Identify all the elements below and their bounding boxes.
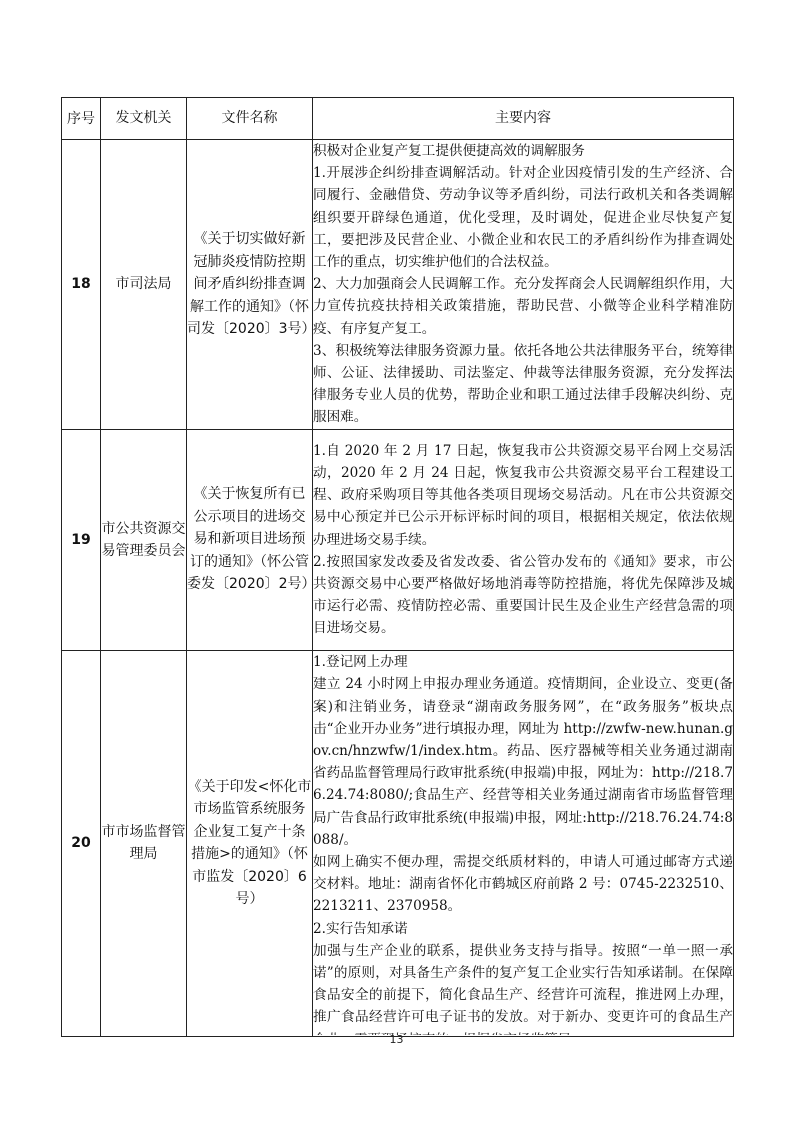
document-page: 序号 发文机关 文件名称 主要内容 18 市司法局 《关于切实做好新冠肺炎疫情防… (0, 0, 793, 1122)
table-row: 20 市市场监督管理局 《关于印发<怀化市市场监管系统服务企业复工复产十条措施>… (62, 650, 734, 1036)
header-issuer: 发文机关 (101, 98, 187, 140)
content-paragraph: 1.自 2020 年 2 月 17 日起，恢复我市公共资源交易平台网上交易活动，… (313, 440, 733, 551)
header-content: 主要内容 (313, 98, 734, 140)
content-paragraph: 1.开展涉企纠纷排查调解活动。针对企业因疫情引发的生产经济、合同履行、金融借贷、… (313, 162, 733, 273)
content-paragraph: 1.登记网上办理 (313, 651, 733, 673)
row-issuer: 市公共资源交易管理委员会 (101, 429, 187, 650)
content-paragraph: 2.按照国家发改委及省发改委、省公管办发布的《通知》要求，市公共资源交易中心要严… (313, 551, 733, 640)
row-issuer: 市司法局 (101, 140, 187, 430)
row-content: 1.自 2020 年 2 月 17 日起，恢复我市公共资源交易平台网上交易活动，… (313, 429, 734, 650)
policy-table: 序号 发文机关 文件名称 主要内容 18 市司法局 《关于切实做好新冠肺炎疫情防… (61, 97, 734, 1037)
content-paragraph: 建立 24 小时网上申报办理业务通道。疫情期间，企业设立、变更(备案)和注销业务… (313, 673, 733, 851)
row-doc-title: 《关于切实做好新冠肺炎疫情防控期间矛盾纠纷排查调解工作的通知》（怀司发〔2020… (187, 140, 313, 430)
row-content: 1.登记网上办理 建立 24 小时网上申报办理业务通道。疫情期间，企业设立、变更… (313, 650, 734, 1036)
row-seq: 19 (62, 429, 101, 650)
row-seq: 18 (62, 140, 101, 430)
row-doc-title: 《关于印发<怀化市市场监管系统服务企业复工复产十条措施>的通知》（怀市监发〔20… (187, 650, 313, 1036)
content-paragraph: 加强与生产企业的联系，提供业务支持与指导。按照“一单一照一承诺”的原则，对具备生… (313, 940, 733, 1035)
content-paragraph: 如网上确实不便办理，需提交纸质材料的，申请人可通过邮寄方式递交材料。地址：湖南省… (313, 851, 733, 918)
content-paragraph: 2.实行告知承诺 (313, 918, 733, 940)
content-paragraph: 2、大力加强商会人民调解工作。充分发挥商会人民调解组织作用，大力宣传抗疫扶持相关… (313, 273, 733, 340)
row-doc-title: 《关于恢复所有已公示项目的进场交易和新项目进场预订的通知》（怀公管委发〔2020… (187, 429, 313, 650)
row-content: 积极对企业复产复工提供便捷高效的调解服务 1.开展涉企纠纷排查调解活动。针对企业… (313, 140, 734, 430)
content-paragraph: 积极对企业复产复工提供便捷高效的调解服务 (313, 140, 733, 162)
row-issuer: 市市场监督管理局 (101, 650, 187, 1036)
table-row: 18 市司法局 《关于切实做好新冠肺炎疫情防控期间矛盾纠纷排查调解工作的通知》（… (62, 140, 734, 430)
table-header-row: 序号 发文机关 文件名称 主要内容 (62, 98, 734, 140)
page-number: 13 (0, 1033, 793, 1046)
content-paragraph: 3、积极统筹法律服务资源力量。依托各地公共法律服务平台，统筹律师、公证、法律援助… (313, 340, 733, 429)
header-seq: 序号 (62, 98, 101, 140)
header-doc-title: 文件名称 (187, 98, 313, 140)
row-seq: 20 (62, 650, 101, 1036)
table-row: 19 市公共资源交易管理委员会 《关于恢复所有已公示项目的进场交易和新项目进场预… (62, 429, 734, 650)
